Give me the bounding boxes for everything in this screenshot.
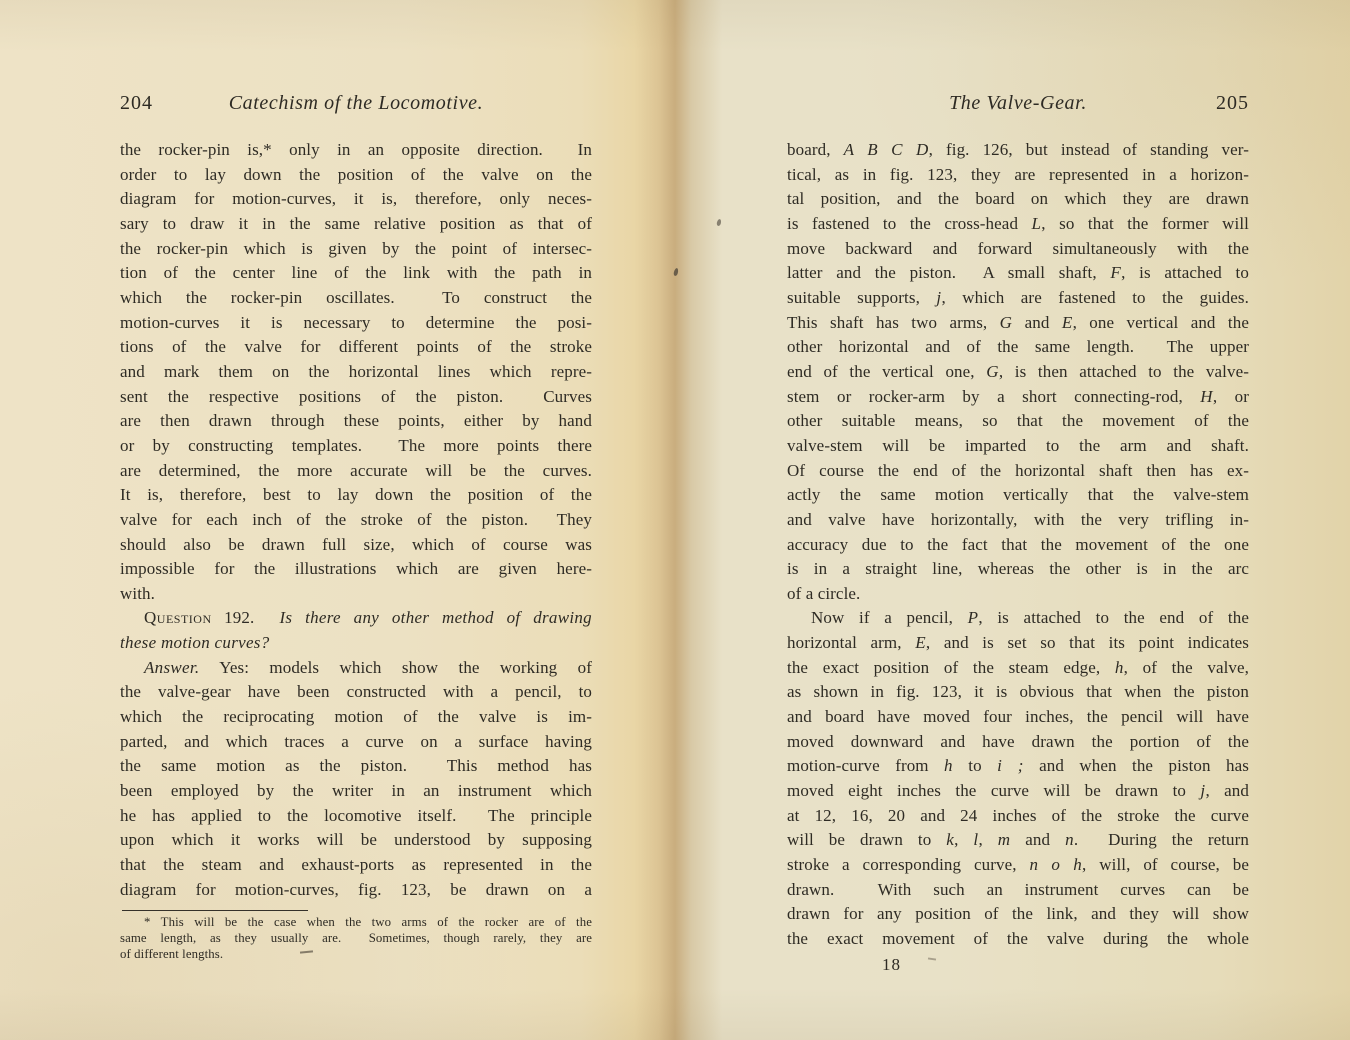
text-line: It is, therefore, best to lay down the p… xyxy=(120,483,592,508)
running-title: The Valve-Gear. xyxy=(787,92,1249,115)
text-line: the same motion as the piston. This meth… xyxy=(120,754,592,779)
text-line: diagram for motion-curves, it is, theref… xyxy=(120,187,592,212)
text-line: as shown in fig. 123, it is obvious that… xyxy=(787,680,1249,705)
text-line: which the reciprocating motion of the va… xyxy=(120,705,592,730)
text-line: suitable supports, j, which are fastened… xyxy=(787,286,1249,311)
text-line: moved downward and have drawn the portio… xyxy=(787,730,1249,755)
text-line: is in a straight line, whereas the other… xyxy=(787,557,1249,582)
text-line: drawn for any position of the link, and … xyxy=(787,902,1249,927)
text-line: and board have moved four inches, the pe… xyxy=(787,705,1249,730)
text-line: horizontal arm, E, and is set so that it… xyxy=(787,631,1249,656)
footnote-rule xyxy=(122,910,308,911)
text-line: latter and the piston. A small shaft, F,… xyxy=(787,261,1249,286)
text-line: upon which it works will be understood b… xyxy=(120,828,592,853)
text-line: should also be drawn full size, which of… xyxy=(120,533,592,558)
left-page: 204 Catechism of the Locomotive. the roc… xyxy=(120,92,592,962)
text-line: tical, as in fig. 123, they are represen… xyxy=(787,163,1249,188)
text-line: Of course the end of the horizontal shaf… xyxy=(787,459,1249,484)
text-line: board, A B C D, fig. 126, but instead of… xyxy=(787,138,1249,163)
text-line: * This will be the case when the two arm… xyxy=(120,915,592,931)
text-line: diagram for motion-curves, fig. 123, be … xyxy=(120,878,592,903)
text-line: stem or rocker-arm by a short connecting… xyxy=(787,385,1249,410)
text-line: other suitable means, so that the moveme… xyxy=(787,409,1249,434)
text-line: motion-curves it is necessary to determi… xyxy=(120,311,592,336)
text-line: valve-stem will be imparted to the arm a… xyxy=(787,434,1249,459)
text-line: motion-curve from h to i ; and when the … xyxy=(787,754,1249,779)
text-line: he has applied to the locomotive itself.… xyxy=(120,804,592,829)
text-line: the exact movement of the valve during t… xyxy=(787,927,1249,952)
text-line: sary to draw it in the same relative pos… xyxy=(120,212,592,237)
text-line: Now if a pencil, P, is attached to the e… xyxy=(787,606,1249,631)
text-line: of different lengths. xyxy=(120,947,592,963)
text-line: that the steam and exhaust-ports as repr… xyxy=(120,853,592,878)
text-line: valve for each inch of the stroke of the… xyxy=(120,508,592,533)
ink-speck xyxy=(716,219,722,227)
text-line: tions of the valve for different points … xyxy=(120,335,592,360)
book-spread: 204 Catechism of the Locomotive. the roc… xyxy=(0,0,1350,1040)
ink-speck xyxy=(673,268,679,277)
text-line: are determined, the more accurate will b… xyxy=(120,459,592,484)
text-line: at 12, 16, 20 and 24 inches of the strok… xyxy=(787,804,1249,829)
text-line: drawn. With such an instrument curves ca… xyxy=(787,878,1249,903)
text-line: are then drawn through these points, eit… xyxy=(120,409,592,434)
right-page: The Valve-Gear. 205 board, A B C D, fig.… xyxy=(787,92,1249,975)
text-line: the exact position of the steam edge, h,… xyxy=(787,656,1249,681)
running-title: Catechism of the Locomotive. xyxy=(120,92,592,115)
text-line: will be drawn to k, l, m and n. During t… xyxy=(787,828,1249,853)
text-line: sent the respective positions of the pis… xyxy=(120,385,592,410)
text-line: end of the vertical one, G, is then atta… xyxy=(787,360,1249,385)
right-page-body: board, A B C D, fig. 126, but instead of… xyxy=(787,138,1249,952)
right-page-header: The Valve-Gear. 205 xyxy=(787,92,1249,118)
text-line: of a circle. xyxy=(787,582,1249,607)
text-line: which the rocker-pin oscillates. To cons… xyxy=(120,286,592,311)
text-line: Answer. Yes: models which show the worki… xyxy=(120,656,592,681)
text-line: or by constructing templates. The more p… xyxy=(120,434,592,459)
text-line: tal position, and the board on which the… xyxy=(787,187,1249,212)
text-line: same length, as they usually are. Someti… xyxy=(120,931,592,947)
text-line: these motion curves? xyxy=(120,631,592,656)
text-line: This shaft has two arms, G and E, one ve… xyxy=(787,311,1249,336)
left-page-body: the rocker-pin is,* only in an opposite … xyxy=(120,138,592,902)
text-line: moved eight inches the curve will be dra… xyxy=(787,779,1249,804)
text-line: impossible for the illustrations which a… xyxy=(120,557,592,582)
text-line: other horizontal and of the same length.… xyxy=(787,335,1249,360)
text-line: accuracy due to the fact that the moveme… xyxy=(787,533,1249,558)
page-number: 205 xyxy=(1216,92,1249,115)
text-line: the rocker-pin which is given by the poi… xyxy=(120,237,592,262)
text-line: move backward and forward simultaneously… xyxy=(787,237,1249,262)
text-line: tion of the center line of the link with… xyxy=(120,261,592,286)
text-line: with. xyxy=(120,582,592,607)
text-line: actly the same motion vertically that th… xyxy=(787,483,1249,508)
text-line: stroke a corresponding curve, n o h, wil… xyxy=(787,853,1249,878)
signature-mark: 18 xyxy=(787,955,1249,975)
text-line: and valve have horizontally, with the ve… xyxy=(787,508,1249,533)
text-line: parted, and which traces a curve on a su… xyxy=(120,730,592,755)
text-line: Question 192. Is there any other method … xyxy=(120,606,592,631)
text-line: been employed by the writer in an instru… xyxy=(120,779,592,804)
footnote: * This will be the case when the two arm… xyxy=(120,915,592,962)
text-line: the rocker-pin is,* only in an opposite … xyxy=(120,138,592,163)
text-line: and mark them on the horizontal lines wh… xyxy=(120,360,592,385)
text-line: order to lay down the position of the va… xyxy=(120,163,592,188)
left-page-header: 204 Catechism of the Locomotive. xyxy=(120,92,592,118)
text-line: the valve-gear have been constructed wit… xyxy=(120,680,592,705)
page-number: 204 xyxy=(120,92,153,115)
text-line: is fastened to the cross-head L, so that… xyxy=(787,212,1249,237)
